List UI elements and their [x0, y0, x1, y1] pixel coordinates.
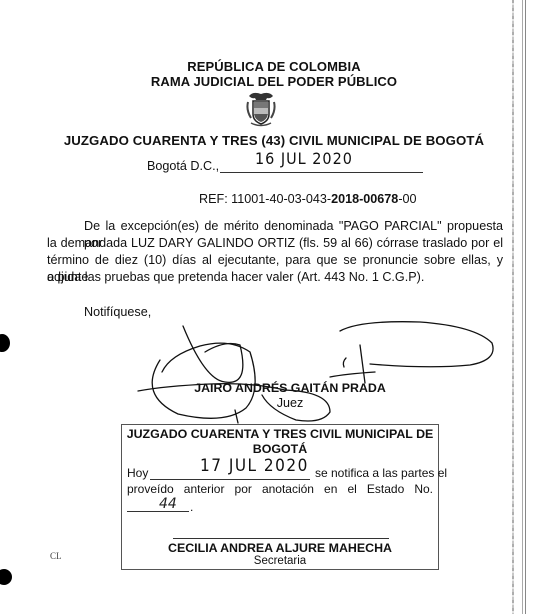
- notification-date-stamp: 17 JUL 2020: [200, 456, 309, 476]
- judge-title: Juez: [180, 395, 400, 412]
- secretary-title: Secretaria: [121, 555, 439, 567]
- estado-period: .: [190, 499, 193, 516]
- today-underline: [150, 479, 310, 480]
- secretary-signature-line: [173, 538, 389, 539]
- estado-number-underline: [127, 511, 189, 512]
- margin-initials: CL: [50, 551, 62, 561]
- box-court-line-2: BOGOTÁ: [121, 442, 439, 456]
- secretary-name: CECILIA ANDREA ALJURE MAHECHA: [121, 541, 439, 555]
- today-label: Hoy: [127, 465, 148, 482]
- estado-number-handwritten: 44: [159, 496, 177, 512]
- box-court-line-1: JUZGADO CUARENTA Y TRES CIVIL MUNICIPAL …: [121, 427, 439, 441]
- notify-text: se notifica a las partes el: [315, 465, 447, 482]
- judge-name: JAIRO ANDRÉS GAITÁN PRADA: [180, 381, 400, 395]
